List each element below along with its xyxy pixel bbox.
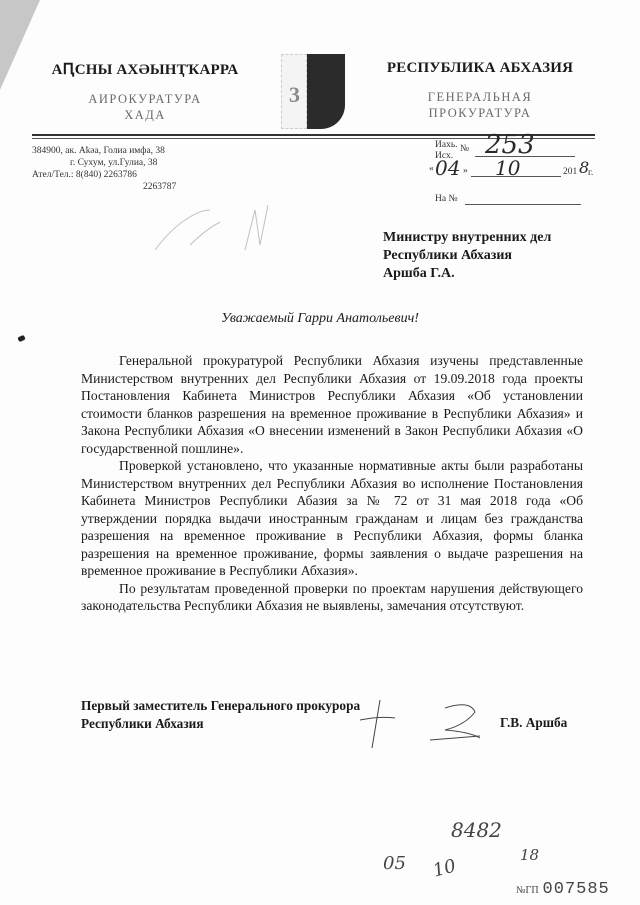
year-suffix: г. [588, 168, 593, 178]
reference-label: На № [435, 194, 458, 204]
emblem-mark: 3 [289, 82, 300, 108]
addressee-name: Аршба Г.А. [383, 265, 551, 283]
letterhead-right-title: РЕСПУБЛИКА АБХАЗИЯ [380, 60, 580, 77]
position-line: Первый заместитель Генерального прокурор… [81, 697, 360, 715]
handwritten-scribble [150, 190, 280, 260]
date-day: 04 [435, 156, 460, 180]
body-paragraph: По результатам проведенной проверки по п… [81, 580, 583, 615]
incoming-number-handwritten: 8482 [451, 818, 502, 842]
letterhead-right-sub1: ГЕНЕРАЛЬНАЯ [380, 89, 580, 105]
reference-field [465, 204, 581, 205]
letterhead-right: РЕСПУБЛИКА АБХАЗИЯ ГЕНЕРАЛЬНАЯ ПРОКУРАТУ… [380, 60, 580, 121]
quote: » [463, 166, 468, 176]
outgoing-label-abkh: Иахь. [435, 140, 458, 150]
scan-shadow [0, 0, 40, 90]
addressee-block: Министру внутренних дел Республики Абхаз… [383, 229, 551, 283]
body-paragraph: Генеральной прокуратурой Республики Абха… [81, 352, 583, 457]
handwritten-signature [350, 690, 490, 750]
year-prefix: 201 [563, 167, 577, 177]
addressee-line: Республики Абхазия [383, 247, 551, 265]
letter-body: Генеральной прокуратурой Республики Абха… [81, 352, 583, 615]
greeting: Уважаемый Гарри Анатольевич! [0, 311, 640, 327]
letterhead-left-sub1: АИРОКУРАТУРА [50, 91, 240, 107]
quote: « [429, 164, 434, 174]
incoming-month-handwritten: 10 [431, 855, 459, 881]
body-paragraph: Проверкой установлено, что указанные нор… [81, 457, 583, 580]
letterhead-right-sub2: ПРОКУРАТУРА [380, 105, 580, 121]
signatory-position: Первый заместитель Генерального прокурор… [81, 697, 360, 733]
letterhead-left: АԤСНЫ АХӘЫНҬҠАРРА АИРОКУРАТУРА ХАДА [50, 60, 240, 123]
serial-number: №ГП 007585 [516, 880, 610, 899]
sender-address: 384900, ак. Аҟәа, Голиа имфа, 38 г. Суху… [32, 145, 176, 193]
letterhead-left-title: АԤСНЫ АХӘЫНҬҠАРРА [50, 60, 240, 79]
letterhead-right-sub: ГЕНЕРАЛЬНАЯ ПРОКУРАТУРА [380, 89, 580, 121]
addressee-line: Министру внутренних дел [383, 229, 551, 247]
serial-prefix: №ГП [516, 885, 539, 896]
number-sign: № [460, 144, 469, 154]
scan-mark [17, 335, 25, 342]
address-line: г. Сухум, ул.Гулиа, 38 [32, 157, 176, 169]
position-line: Республики Абхазия [81, 715, 360, 733]
phone-line: Ател/Тел.: 8(840) 2263786 [32, 169, 176, 181]
serial-value: 007585 [543, 880, 610, 899]
letterhead-left-sub2: ХАДА [50, 107, 240, 123]
coat-of-arms-icon: 3 [281, 54, 347, 129]
letterhead-left-sub: АИРОКУРАТУРА ХАДА [50, 91, 240, 123]
incoming-day-handwritten: 05 [383, 853, 406, 874]
incoming-year-handwritten: 18 [520, 846, 539, 864]
signatory-name: Г.В. Аршба [500, 715, 567, 731]
date-month: 10 [495, 156, 520, 180]
address-line: 384900, ак. Аҟәа, Голиа имфа, 38 [32, 145, 176, 157]
